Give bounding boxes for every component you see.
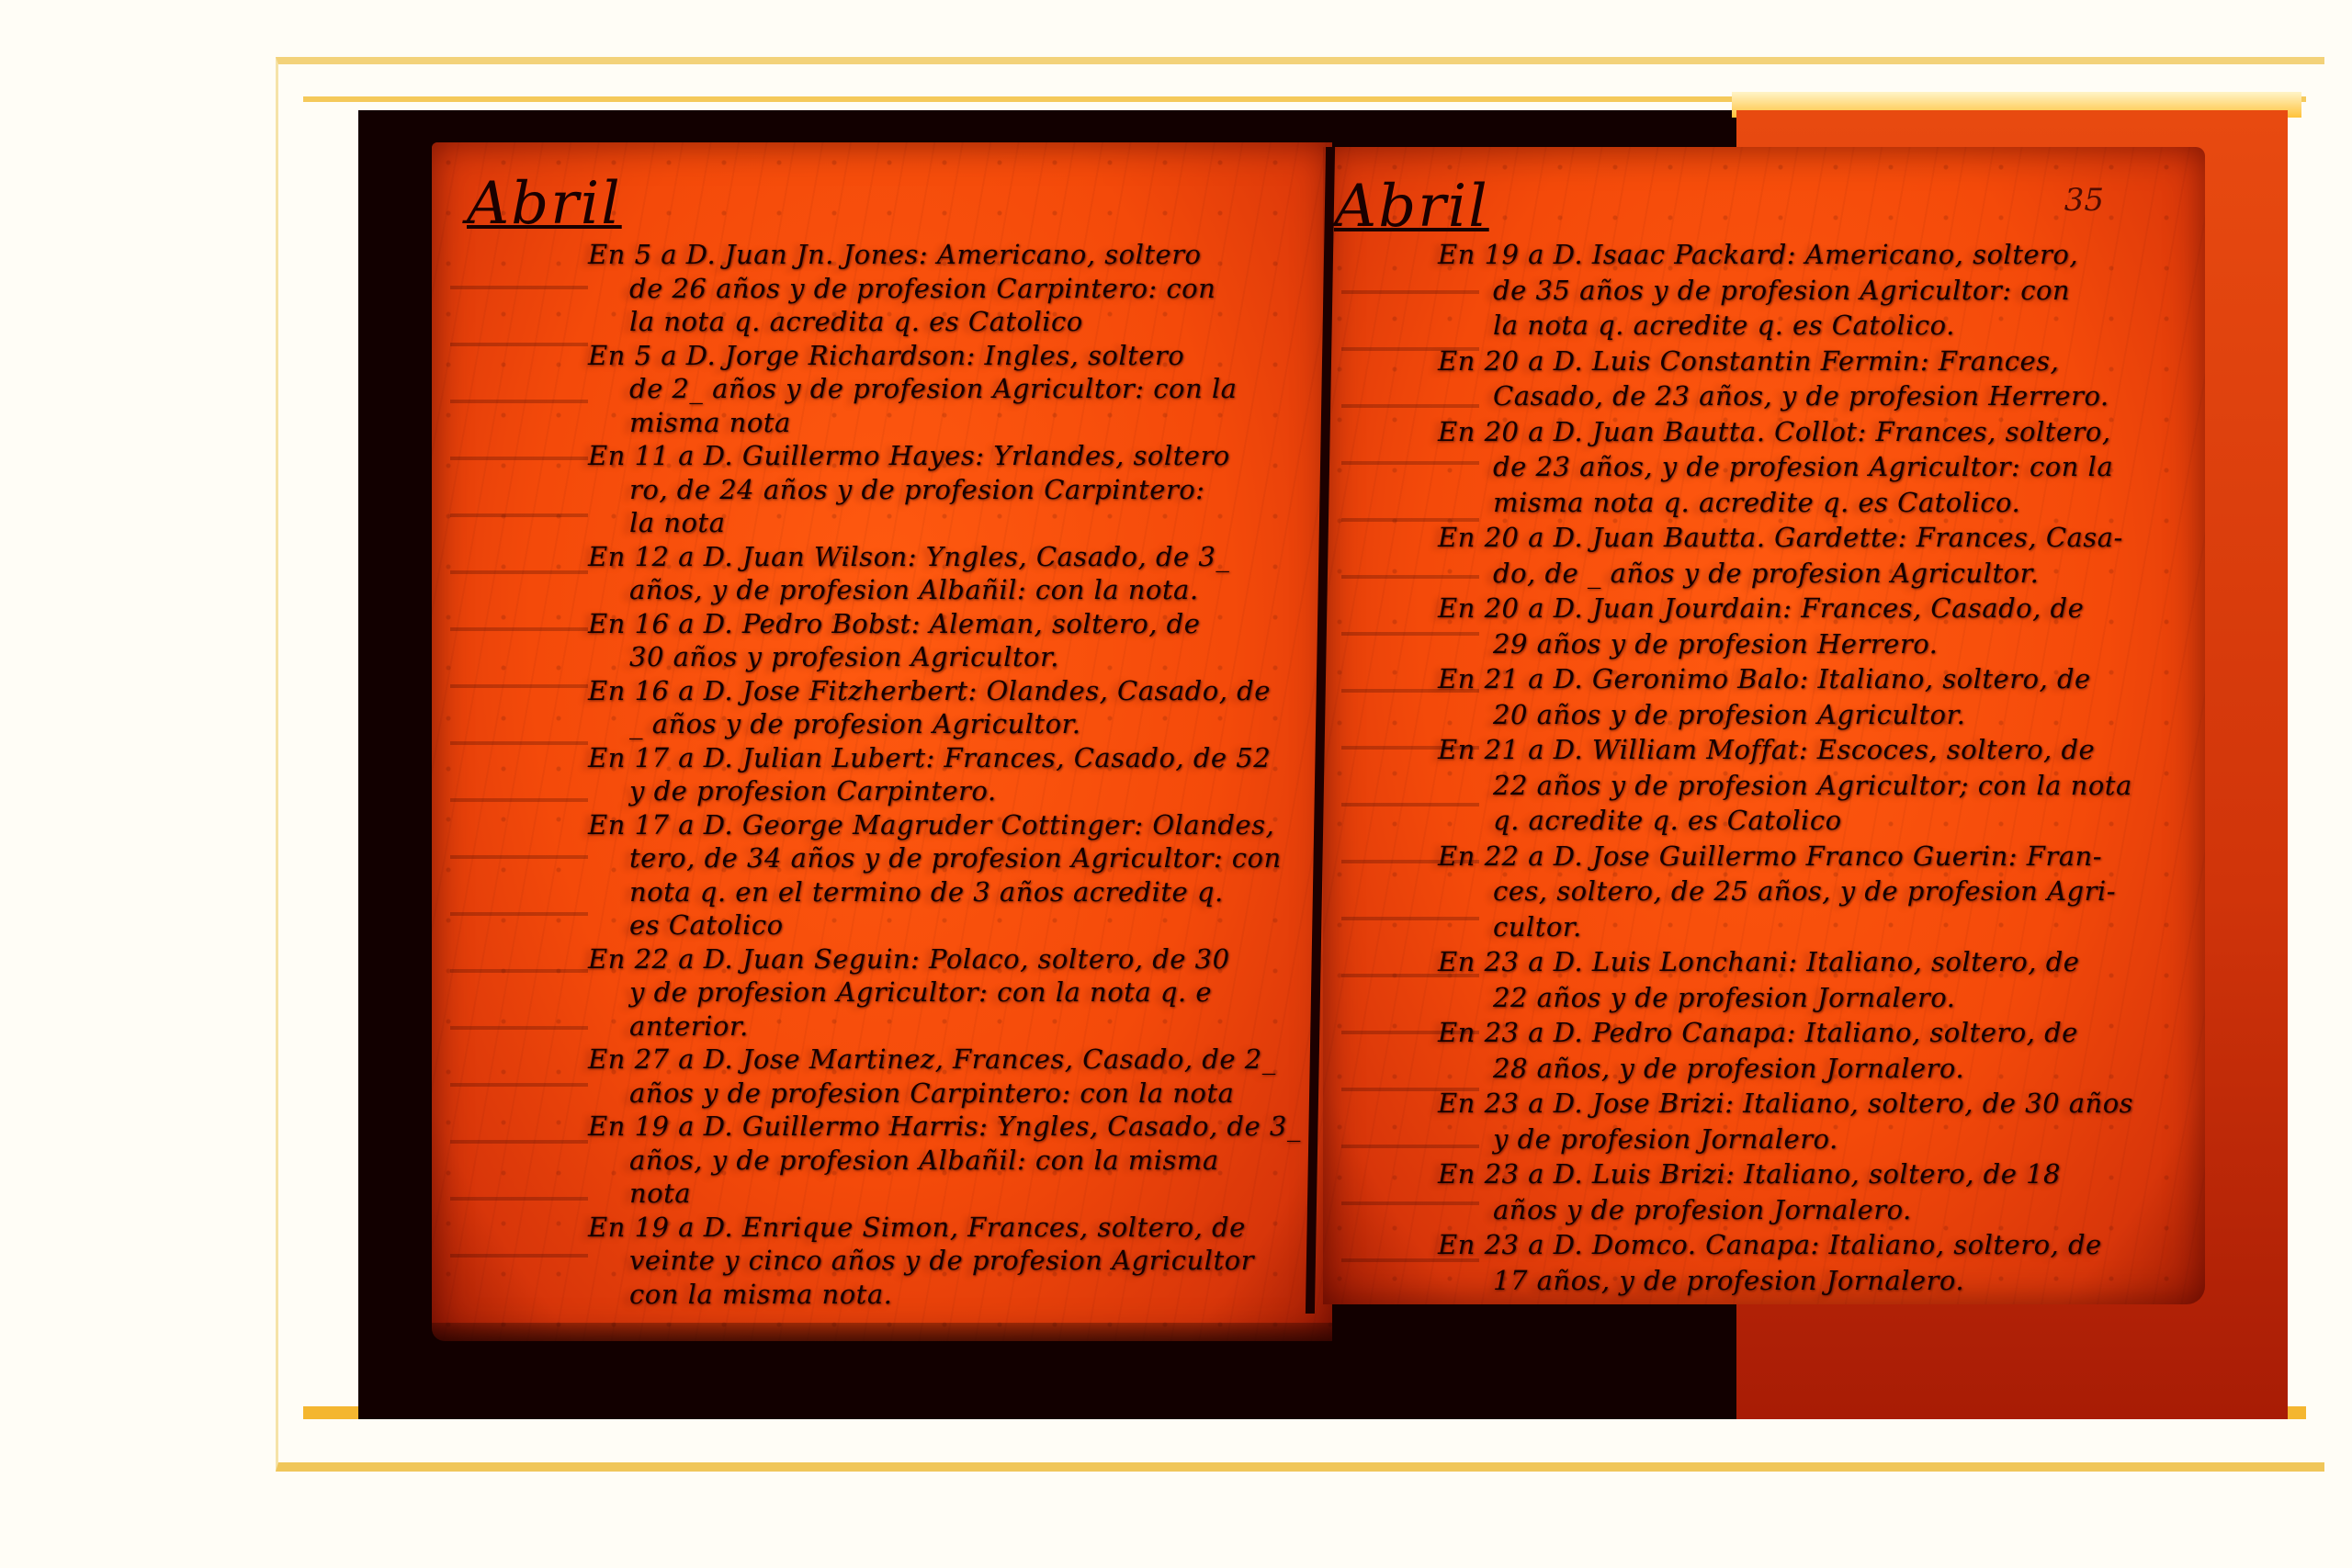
manuscript-line: veinte y cinco años y de profesion Agric…	[629, 1245, 1254, 1276]
manuscript-line: nota	[629, 1178, 691, 1209]
folio-number: 35	[2064, 182, 2104, 219]
manuscript-line: años, y de profesion Albañil: con la mis…	[629, 1145, 1219, 1176]
manuscript-line: misma nota	[629, 407, 791, 438]
manuscript-line: Casado, de 23 años, y de profesion Herre…	[1493, 380, 2109, 412]
manuscript-line: En 11 a D. Guillermo Hayes: Yrlandes, so…	[588, 440, 1230, 471]
right-page-heading: Abril	[1334, 173, 1489, 241]
manuscript-line: misma nota q. acredite q. es Catolico.	[1493, 487, 2020, 518]
manuscript-line: ces, soltero, de 25 años, y de profesion…	[1493, 875, 2116, 907]
manuscript-line: de 26 años y de profesion Carpintero: co…	[629, 273, 1216, 304]
manuscript-line: años y de profesion Jornalero.	[1493, 1194, 1912, 1225]
manuscript-line: anterior.	[629, 1010, 749, 1042]
manuscript-line: 29 años y de profesion Herrero.	[1493, 628, 1938, 660]
manuscript-line: es Catolico	[629, 909, 784, 941]
manuscript-line: En 17 a D. George Magruder Cottinger: Ol…	[588, 809, 1274, 840]
left-page: Abril En 5 a D. Juan Jn. Jones: American…	[432, 142, 1332, 1341]
manuscript-line: ro, de 24 años y de profesion Carpintero…	[629, 474, 1204, 505]
manuscript-line: _ años y de profesion Agricultor.	[629, 708, 1080, 739]
left-page-heading: Abril	[467, 170, 622, 238]
manuscript-line: y de profesion Jornalero.	[1493, 1123, 1838, 1155]
manuscript-line: tero, de 34 años y de profesion Agricult…	[629, 842, 1282, 874]
manuscript-line: 22 años y de profesion Agricultor; con l…	[1493, 770, 2132, 801]
manuscript-line: En 20 a D. Luis Constantin Fermin: Franc…	[1438, 345, 2059, 377]
manuscript-line: En 16 a D. Jose Fitzherbert: Olandes, Ca…	[588, 675, 1271, 706]
manuscript-line: En 22 a D. Juan Seguin: Polaco, soltero,…	[588, 943, 1230, 975]
manuscript-line: En 19 a D. Guillermo Harris: Yngles, Cas…	[588, 1111, 1301, 1142]
right-page: Abril 35 En 19 a D. Isaac Packard: Ameri…	[1323, 147, 2205, 1304]
manuscript-line: En 23 a D. Luis Lonchani: Italiano, solt…	[1438, 946, 2079, 977]
manuscript-line: de 23 años, y de profesion Agricultor: c…	[1493, 451, 2113, 482]
manuscript-line: En 22 a D. Jose Guillermo Franco Guerin:…	[1438, 840, 2102, 872]
manuscript-line: 17 años, y de profesion Jornalero.	[1493, 1265, 1964, 1296]
manuscript-line: En 20 a D. Juan Bautta. Gardette: France…	[1438, 522, 2123, 553]
manuscript-line: En 19 a D. Isaac Packard: Americano, sol…	[1438, 239, 2078, 270]
manuscript-line: En 21 a D. Geronimo Balo: Italiano, solt…	[1438, 663, 2091, 694]
manuscript-line: En 23 a D. Luis Brizi: Italiano, soltero…	[1438, 1158, 2061, 1190]
manuscript-line: y de profesion Carpintero.	[629, 775, 997, 807]
manuscript-line: años y de profesion Carpintero: con la n…	[629, 1077, 1234, 1109]
manuscript-line: 20 años y de profesion Agricultor.	[1493, 699, 1965, 730]
manuscript-line: con la misma nota.	[629, 1279, 892, 1310]
left-margin-bleedthrough	[450, 243, 588, 1300]
manuscript-line: do, de _ años y de profesion Agricultor.	[1493, 558, 2039, 589]
manuscript-line: En 21 a D. William Moffat: Escoces, solt…	[1438, 734, 2095, 765]
manuscript-line: En 20 a D. Juan Bautta. Collot: Frances,…	[1438, 416, 2111, 447]
manuscript-line: q. acredite q. es Catolico	[1493, 805, 1842, 836]
manuscript-line: años, y de profesion Albañil: con la not…	[629, 574, 1199, 605]
manuscript-line: En 27 a D. Jose Martinez, Frances, Casad…	[588, 1043, 1276, 1075]
right-margin-bleedthrough	[1341, 248, 1479, 1304]
manuscript-line: nota q. en el termino de 3 años acredite…	[629, 876, 1224, 908]
manuscript-line: la nota	[629, 507, 725, 538]
manuscript-line: de 35 años y de profesion Agricultor: co…	[1493, 275, 2070, 306]
manuscript-line: En 19 a D. Enrique Simon, Frances, solte…	[588, 1212, 1246, 1243]
manuscript-line: y de profesion Agricultor: con la nota q…	[629, 976, 1212, 1008]
manuscript-line: En 23 a D. Domco. Canapa: Italiano, solt…	[1438, 1229, 2102, 1260]
scan-bottom-shadow	[358, 1323, 1718, 1419]
manuscript-line: En 17 a D. Julian Lubert: Frances, Casad…	[588, 742, 1271, 773]
manuscript-line: En 5 a D. Jorge Richardson: Ingles, solt…	[588, 340, 1184, 371]
manuscript-line: cultor.	[1493, 911, 1582, 942]
manuscript-line: 22 años y de profesion Jornalero.	[1493, 982, 1955, 1013]
manuscript-line: la nota q. acredita q. es Catolico	[629, 306, 1083, 337]
manuscript-line: En 16 a D. Pedro Bobst: Aleman, soltero,…	[588, 608, 1200, 639]
manuscript-line: En 20 a D. Juan Jourdain: Frances, Casad…	[1438, 592, 2084, 624]
manuscript-line: En 23 a D. Pedro Canapa: Italiano, solte…	[1438, 1017, 2078, 1048]
manuscript-line: de 2_ años y de profesion Agricultor: co…	[629, 373, 1237, 404]
manuscript-line: En 5 a D. Juan Jn. Jones: Americano, sol…	[588, 239, 1202, 270]
manuscript-line: En 23 a D. Jose Brizi: Italiano, soltero…	[1438, 1088, 2133, 1119]
manuscript-line: 30 años y profesion Agricultor.	[629, 641, 1059, 672]
manuscript-line: la nota q. acredite q. es Catolico.	[1493, 310, 1955, 341]
manuscript-line: 28 años, y de profesion Jornalero.	[1493, 1053, 1964, 1084]
manuscript-line: En 12 a D. Juan Wilson: Yngles, Casado, …	[588, 541, 1229, 572]
